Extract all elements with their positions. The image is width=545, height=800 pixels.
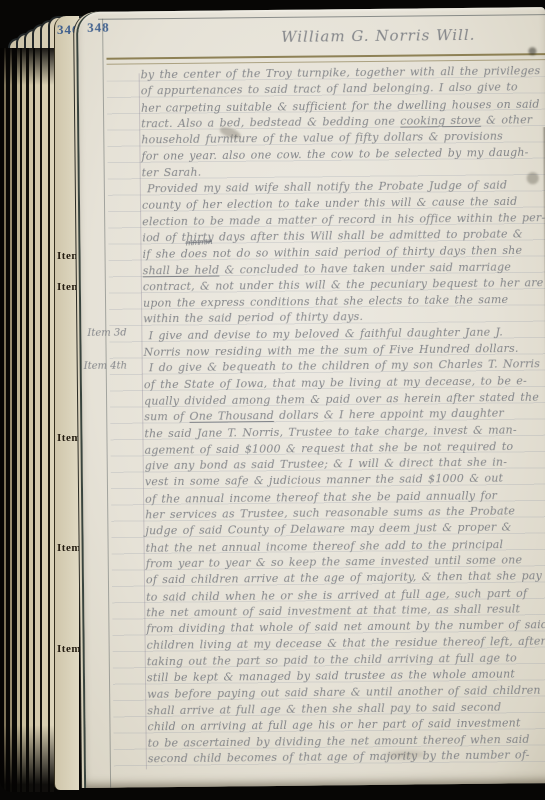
book-binding-stack	[0, 48, 54, 792]
printed-frame-line	[98, 14, 545, 20]
item-stamp: Item	[57, 250, 79, 262]
margin-note-item-3: Item 3d	[87, 328, 126, 339]
page-title: William G. Norris Will.	[248, 25, 508, 46]
body-text: by the center of the Troy turnpike, toge…	[141, 63, 545, 768]
right-page-number: 348	[87, 20, 110, 36]
under-page-edge: 346 ItemItemItemItemItem	[54, 16, 79, 790]
stain-spot	[528, 47, 536, 55]
item-stamp: Item	[57, 643, 79, 655]
margin-note-item-4: Item 4th	[84, 361, 127, 372]
item-stamp: Item	[57, 432, 79, 444]
item-stamp: Item	[57, 281, 79, 293]
left-page-number: 346	[57, 22, 79, 38]
ledger-page: 348 William G. Norris Will. Item 3d Item…	[78, 7, 545, 788]
item-stamp: Item	[57, 542, 79, 554]
stain-spot	[527, 172, 539, 184]
document-scan: 346 ItemItemItemItemItem 348 William G. …	[0, 0, 545, 800]
